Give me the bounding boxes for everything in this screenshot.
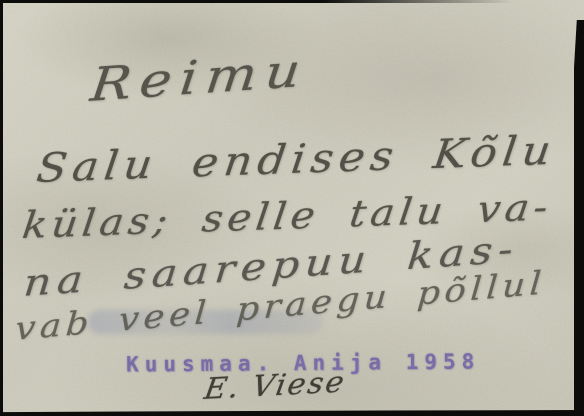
scan-edge-bottom (0, 410, 584, 416)
signature: E. Viese (202, 364, 349, 406)
scan-edge-right (574, 20, 584, 416)
scan-edge-top (0, 0, 584, 3)
handwritten-title: Reimu (88, 42, 311, 112)
scan-edge-left (0, 0, 3, 416)
handwritten-note-line-1: Salu endises Kõlu (34, 128, 559, 192)
scanned-photo-back: Reimu Salu endises Kõlu külas; selle tal… (0, 0, 584, 416)
